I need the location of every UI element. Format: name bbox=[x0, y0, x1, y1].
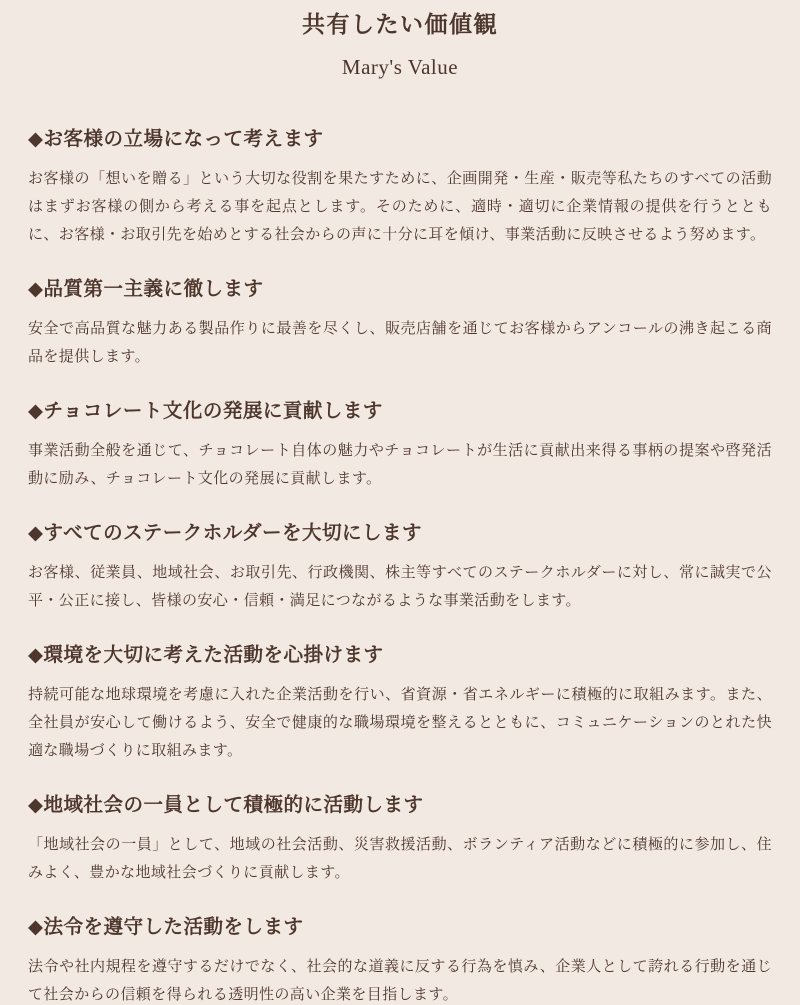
section-body: お客様、従業員、地域社会、お取引先、行政機関、株主等すべてのステークホルダーに対… bbox=[28, 559, 772, 615]
diamond-bullet-icon: ◆ bbox=[28, 279, 44, 300]
diamond-bullet-icon: ◆ bbox=[28, 795, 44, 816]
section-heading: ◆品質第一主義に徹します bbox=[28, 277, 772, 303]
diamond-bullet-icon: ◆ bbox=[28, 129, 44, 150]
section-heading: ◆すべてのステークホルダーを大切にします bbox=[28, 521, 772, 547]
diamond-bullet-icon: ◆ bbox=[28, 645, 44, 666]
diamond-bullet-icon: ◆ bbox=[28, 917, 44, 938]
section-body: 安全で高品質な魅力ある製品作りに最善を尽くし、販売店舗を通じてお客様からアンコー… bbox=[28, 315, 772, 371]
value-section-community: ◆地域社会の一員として積極的に活動します 「地域社会の一員」として、地域の社会活… bbox=[28, 793, 772, 887]
diamond-bullet-icon: ◆ bbox=[28, 401, 44, 422]
section-body: 「地域社会の一員」として、地域の社会活動、災害救援活動、ボランティア活動などに積… bbox=[28, 831, 772, 887]
value-section-chocolate-culture: ◆チョコレート文化の発展に貢献します 事業活動全般を通じて、チョコレート自体の魅… bbox=[28, 399, 772, 493]
page-subtitle: Mary's Value bbox=[28, 54, 772, 80]
section-body: 法令や社内規程を遵守するだけでなく、社会的な道義に反する行為を慎み、企業人として… bbox=[28, 953, 772, 1005]
value-section-compliance: ◆法令を遵守した活動をします 法令や社内規程を遵守するだけでなく、社会的な道義に… bbox=[28, 915, 772, 1005]
section-heading-text: 品質第一主義に徹します bbox=[44, 279, 264, 300]
section-heading-text: 環境を大切に考えた活動を心掛けます bbox=[44, 645, 384, 666]
section-heading: ◆地域社会の一員として積極的に活動します bbox=[28, 793, 772, 819]
value-section-stakeholders: ◆すべてのステークホルダーを大切にします お客様、従業員、地域社会、お取引先、行… bbox=[28, 521, 772, 615]
diamond-bullet-icon: ◆ bbox=[28, 523, 44, 544]
section-heading-text: 法令を遵守した活動をします bbox=[44, 917, 304, 938]
section-body: お客様の「想いを贈る」という大切な役割を果たすために、企画開発・生産・販売等私た… bbox=[28, 165, 772, 249]
section-heading: ◆環境を大切に考えた活動を心掛けます bbox=[28, 643, 772, 669]
page-title: 共有したい価値観 bbox=[28, 10, 772, 40]
section-heading-text: お客様の立場になって考えます bbox=[44, 129, 324, 150]
section-heading: ◆法令を遵守した活動をします bbox=[28, 915, 772, 941]
values-page: { "page": { "title": "共有したい価値観", "subtit… bbox=[0, 0, 800, 1005]
section-heading: ◆お客様の立場になって考えます bbox=[28, 127, 772, 153]
values-section-list: ◆お客様の立場になって考えます お客様の「想いを贈る」という大切な役割を果たすた… bbox=[28, 127, 772, 1005]
section-body: 持続可能な地球環境を考慮に入れた企業活動を行い、省資源・省エネルギーに積極的に取… bbox=[28, 681, 772, 765]
section-heading-text: すべてのステークホルダーを大切にします bbox=[44, 523, 422, 544]
section-heading-text: 地域社会の一員として積極的に活動します bbox=[44, 795, 424, 816]
value-section-customer: ◆お客様の立場になって考えます お客様の「想いを贈る」という大切な役割を果たすた… bbox=[28, 127, 772, 249]
section-heading: ◆チョコレート文化の発展に貢献します bbox=[28, 399, 772, 425]
value-section-environment: ◆環境を大切に考えた活動を心掛けます 持続可能な地球環境を考慮に入れた企業活動を… bbox=[28, 643, 772, 765]
section-body: 事業活動全般を通じて、チョコレート自体の魅力やチョコレートが生活に貢献出来得る事… bbox=[28, 437, 772, 493]
value-section-quality: ◆品質第一主義に徹します 安全で高品質な魅力ある製品作りに最善を尽くし、販売店舗… bbox=[28, 277, 772, 371]
section-heading-text: チョコレート文化の発展に貢献します bbox=[44, 401, 383, 422]
